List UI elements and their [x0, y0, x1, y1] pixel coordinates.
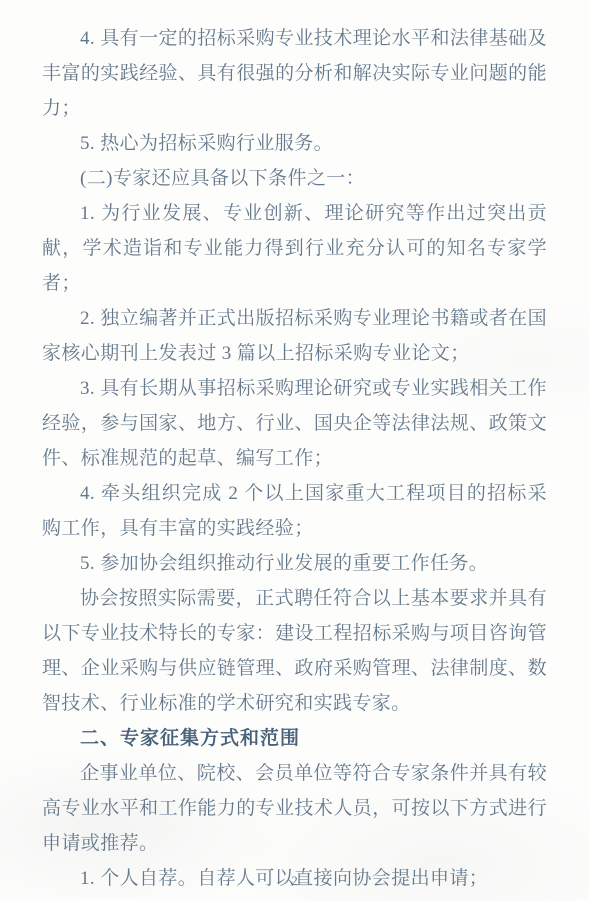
- paragraph: 3. 具有长期从事招标采购理论研究或专业实践相关工作经验，参与国家、地方、行业、…: [42, 371, 547, 476]
- paragraph: 5. 热心为招标采购行业服务。: [42, 126, 547, 161]
- paragraph: 2. 独立编著并正式出版招标采购专业理论书籍或者在国家核心期刊上发表过 3 篇以…: [42, 301, 547, 371]
- paragraph: 5. 参加协会组织推动行业发展的重要工作任务。: [42, 546, 547, 581]
- page-number: 2: [0, 873, 589, 889]
- paragraph: 协会按照实际需要，正式聘任符合以上基本要求并具有以下专业技术特长的专家：建设工程…: [42, 581, 547, 721]
- section-heading: 二、专家征集方式和范围: [42, 721, 547, 756]
- paragraph: (二)专家还应具备以下条件之一：: [42, 161, 547, 196]
- paragraph: 4. 牵头组织完成 2 个以上国家重大工程项目的招标采购工作，具有丰富的实践经验…: [42, 476, 547, 546]
- paragraph: 企事业单位、院校、会员单位等符合专家条件并具有较高专业水平和工作能力的专业技术人…: [42, 756, 547, 861]
- paragraph: 1. 为行业发展、专业创新、理论研究等作出过突出贡献，学术造诣和专业能力得到行业…: [42, 196, 547, 301]
- document-body: 4. 具有一定的招标采购专业技术理论水平和法律基础及丰富的实践经验、具有很强的分…: [42, 21, 547, 896]
- paragraph: 4. 具有一定的招标采购专业技术理论水平和法律基础及丰富的实践经验、具有很强的分…: [42, 21, 547, 126]
- document-page: 4. 具有一定的招标采购专业技术理论水平和法律基础及丰富的实践经验、具有很强的分…: [0, 0, 589, 901]
